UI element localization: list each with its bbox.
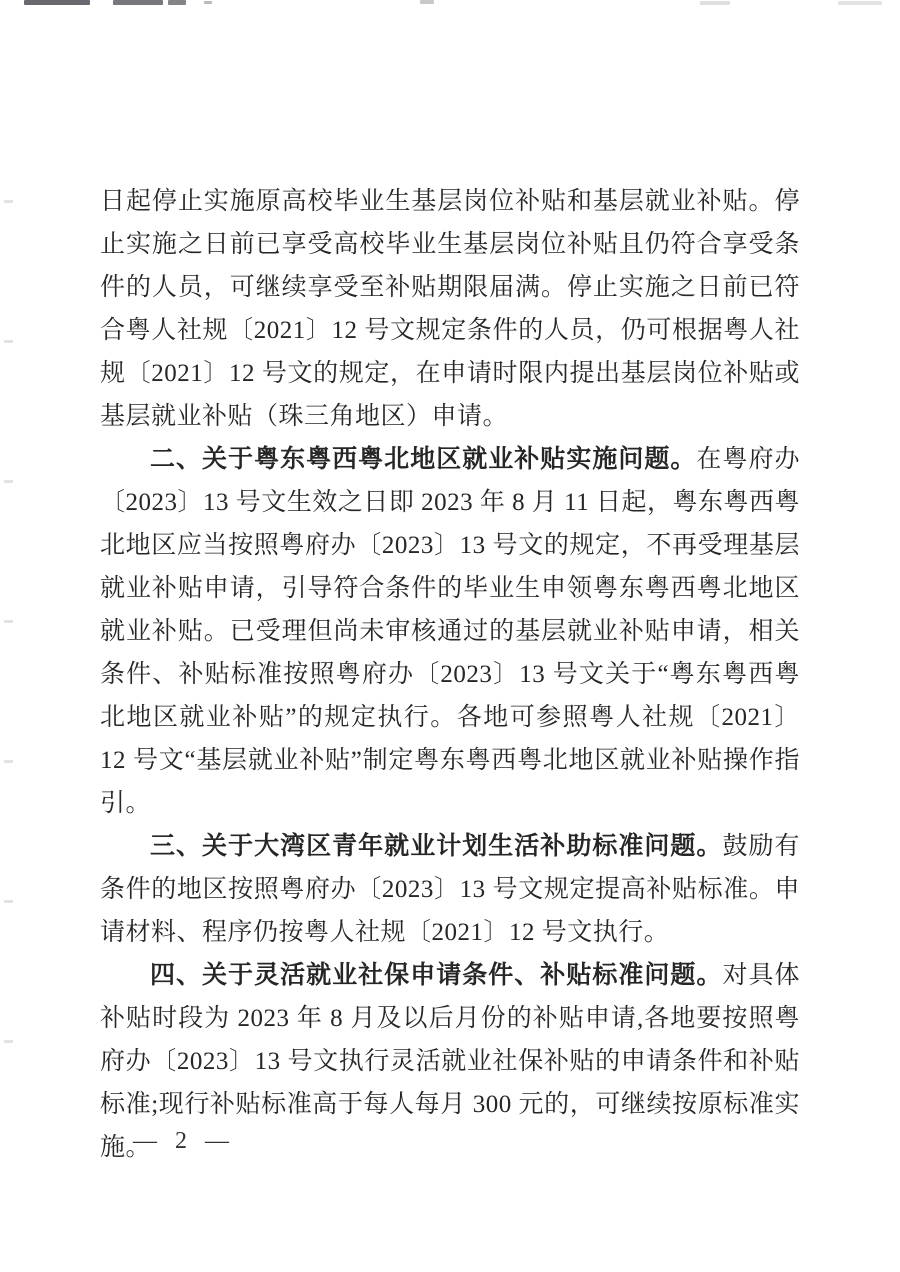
document-page: 日起停止实施原高校毕业生基层岗位补贴和基层就业补贴。停止实施之日前已享受高校毕业… [0,0,900,1272]
paragraph: 三、关于大湾区青年就业计划生活补助标准问题。鼓励有条件的地区按照粤府办〔2023… [100,825,800,954]
scan-artifact [4,620,13,623]
page-number: — 2 — [133,1128,235,1155]
scan-artifact [4,1040,13,1043]
scan-artifact [4,340,13,343]
scan-artifact [4,480,13,483]
scan-artifact [113,0,163,5]
document-body: 日起停止实施原高校毕业生基层岗位补贴和基层就业补贴。停止实施之日前已享受高校毕业… [100,180,800,1169]
scan-artifact [4,200,13,203]
scan-artifact [24,0,90,5]
scan-artifact [168,0,186,5]
paragraph: 二、关于粤东粤西粤北地区就业补贴实施问题。在粤府办〔2023〕13 号文生效之日… [100,438,800,825]
text-run: 在粤府办〔2023〕13 号文生效之日即 2023 年 8 月 11 日起，粤东… [100,446,800,817]
scan-artifact [4,760,13,763]
scan-artifact [4,900,13,903]
scan-artifact [420,0,434,4]
scan-artifact [838,1,882,5]
scan-artifact [204,1,212,4]
text-run: 日起停止实施原高校毕业生基层岗位补贴和基层就业补贴。停止实施之日前已享受高校毕业… [100,188,800,430]
heading-run: 二、关于粤东粤西粤北地区就业补贴实施问题。 [150,445,696,473]
heading-run: 三、关于大湾区青年就业计划生活补助标准问题。 [150,832,722,860]
scan-artifact [700,1,730,5]
heading-run: 四、关于灵活就业社保申请条件、补贴标准问题。 [150,961,722,989]
paragraph: 日起停止实施原高校毕业生基层岗位补贴和基层就业补贴。停止实施之日前已享受高校毕业… [100,180,800,438]
